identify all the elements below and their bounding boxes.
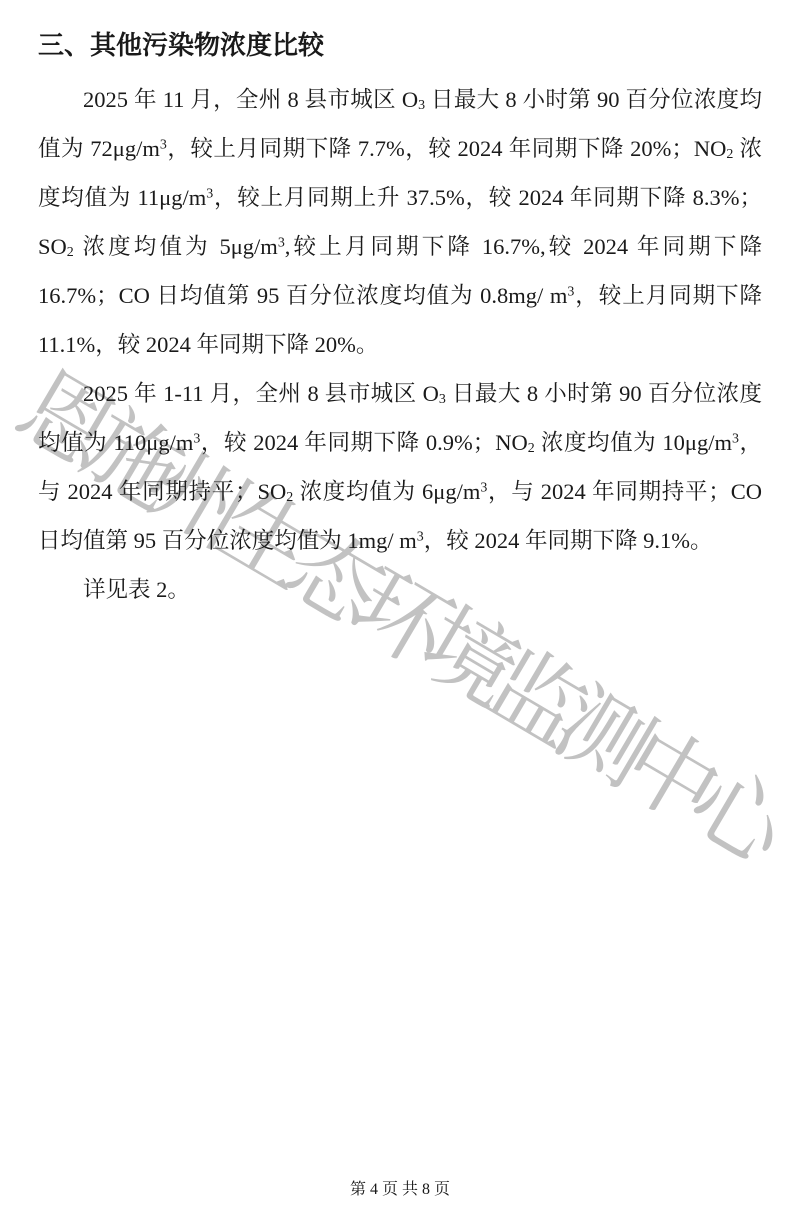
superscript: 3 — [732, 431, 739, 446]
text-run: 2025 年 11 月，全州 8 县市城区 O — [83, 87, 418, 112]
text-run: ，较上月同期下降 7.7%，较 2024 年同期下降 20%；NO — [167, 136, 727, 161]
superscript: 3 — [417, 529, 424, 544]
superscript: 3 — [160, 137, 167, 152]
text-run: 浓度均值为 10μg/m — [535, 430, 732, 455]
subscript: 3 — [439, 392, 446, 407]
page-content: 三、其他污染物浓度比较 2025 年 11 月，全州 8 县市城区 O3 日最大… — [38, 30, 762, 614]
text-run: 详见表 2。 — [83, 577, 190, 602]
page-number-footer: 第 4 页 共 8 页 — [0, 1180, 800, 1200]
text-run: 浓度均值为 5μg/m — [74, 234, 278, 259]
text-run: ，较 2024 年同期下降 0.9%；NO — [200, 430, 527, 455]
subscript: 2 — [528, 441, 535, 456]
section-heading: 三、其他污染物浓度比较 — [38, 30, 762, 62]
text-run: ，较 2024 年同期下降 9.1%。 — [424, 528, 713, 553]
superscript: 3 — [278, 235, 285, 250]
text-run: 2025 年 1-11 月，全州 8 县市城区 O — [83, 381, 439, 406]
paragraph-cumulative-comparison: 2025 年 1-11 月，全州 8 县市城区 O3 日最大 8 小时第 90 … — [38, 369, 762, 565]
paragraph-monthly-comparison: 2025 年 11 月，全州 8 县市城区 O3 日最大 8 小时第 90 百分… — [38, 75, 762, 369]
subscript: 2 — [67, 245, 74, 260]
text-run: 浓度均值为 6μg/m — [293, 479, 480, 504]
paragraph-see-table: 详见表 2。 — [38, 565, 762, 614]
document-page: { "page": { "heading": "三、其他污染物浓度比较", "w… — [0, 0, 800, 1214]
